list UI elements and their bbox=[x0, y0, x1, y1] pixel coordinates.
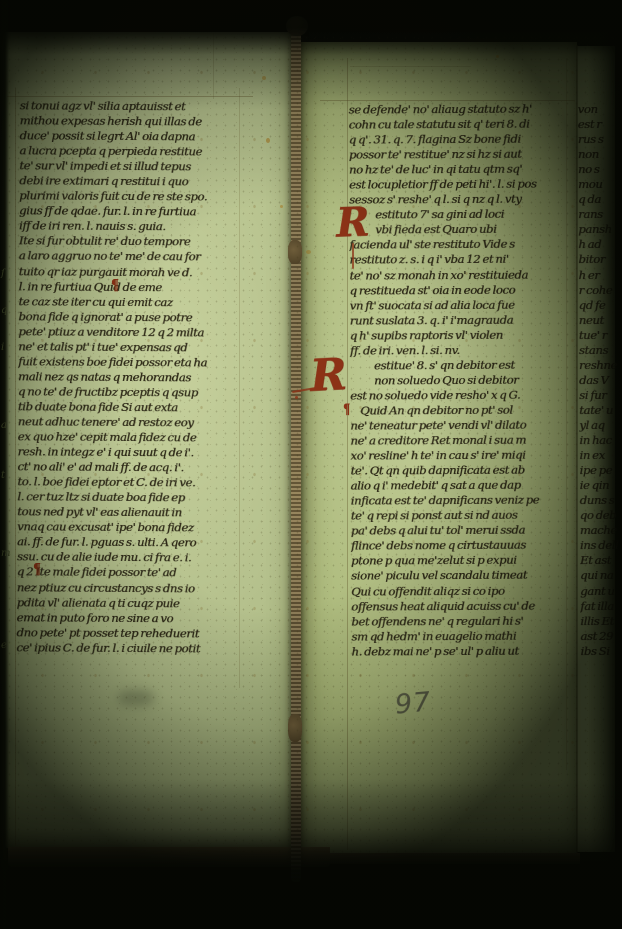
manuscript-text-line: von bbox=[578, 102, 620, 117]
manuscript-text-line: tuito qr iaz purgauit morah ve d. bbox=[19, 264, 241, 280]
manuscript-text-line: mali nez qs natas q mehorandas bbox=[18, 369, 240, 385]
manuscript-text-line: si tonui agz vl' silia aptauisst et bbox=[20, 98, 242, 114]
manuscript-text-line: ne' teneatur pete' vendi vl' dilato bbox=[350, 417, 576, 433]
manuscript-text-line: l. in re furtiua Quid de eme bbox=[19, 279, 241, 295]
manuscript-text-line: ibs Si bbox=[580, 644, 622, 659]
manuscript-text-line: neut bbox=[579, 313, 621, 328]
rubric-initial-tail-dot bbox=[295, 396, 298, 399]
right-page-text-column: se defende' no' aliaug statuto sz h'cohn… bbox=[349, 101, 578, 659]
binding-knot-icon bbox=[288, 240, 302, 264]
ruling-line-horizontal bbox=[350, 66, 470, 67]
manuscript-text-line: mache bbox=[580, 523, 622, 538]
manuscript-text-line: stans bbox=[579, 343, 621, 358]
book-block-bottom-edge-right bbox=[330, 853, 580, 864]
manuscript-text-line: ai. ff. de fur. l. pguas s. ulti. A qero bbox=[17, 535, 239, 551]
manuscript-text-line: qo deb bbox=[580, 508, 622, 523]
manuscript-text-line: est no soluedo vide resho' x q G. bbox=[350, 387, 576, 403]
manuscript-text-line: no hz te' de luc' in qi tatu qtm sq' bbox=[349, 162, 575, 178]
manuscript-text-line: te' sur vl' impedi et si illud tepus bbox=[19, 159, 241, 175]
cut-off-text-fragment: i bbox=[1, 342, 4, 353]
manuscript-text-line: te'. Qt qn quib dapnificata est ab bbox=[350, 463, 576, 479]
manuscript-text-line: te' q repi si ponst aut si nd auos bbox=[351, 508, 577, 524]
manuscript-text-line: offensus heat aliquid acuiss cu' de bbox=[351, 598, 577, 614]
manuscript-text-line: dno pete' pt posset tep reheduerit bbox=[16, 625, 238, 641]
manuscript-text-line: estitue' 8. s' qn debitor est bbox=[350, 357, 576, 373]
cut-off-text-fragment: a bbox=[1, 420, 7, 431]
manuscript-text-line: h er bbox=[578, 267, 620, 282]
manuscript-text-line: ssu. cu de alie iude mu. ci fra e. i. bbox=[17, 550, 239, 566]
manuscript-text-line: q no te' de fructibz pceptis q qsup bbox=[18, 384, 240, 400]
manuscript-text-line: xo' resline' h te' in cau s' ire' miqi bbox=[350, 447, 576, 463]
manuscript-text-line: runt suslata 3. q. i' i'magrauda bbox=[350, 312, 576, 328]
manuscript-text-line: no s bbox=[578, 162, 620, 177]
manuscript-text-line: non soluedo Quo si debitor bbox=[350, 372, 576, 388]
manuscript-text-line: vnaq cau excusat' ipe' bona fidez bbox=[17, 520, 239, 536]
manuscript-text-line: nez ptiuz cu circustancys s dns io bbox=[17, 580, 239, 596]
manuscript-text-line: possor te' restitue' nz si hz si aut bbox=[349, 147, 575, 163]
manuscript-text-line: qd fe bbox=[579, 298, 621, 313]
cut-off-text-fragment: m bbox=[1, 548, 10, 559]
cut-off-text-fragment: ſ bbox=[1, 268, 5, 279]
manuscript-text-line: q h' supibs raptoris vl' violen bbox=[350, 327, 576, 343]
manuscript-text-line: gant u bbox=[580, 583, 622, 598]
manuscript-text-line: Qui cu offendit aliqz si co ipo bbox=[351, 583, 577, 599]
manuscript-text-line: ff. de iri. ven. l. si. nv. bbox=[350, 342, 576, 358]
manuscript-text-line: ce' ipius C. de fur. l. i ciuile ne poti… bbox=[16, 640, 238, 656]
parchment-crease bbox=[213, 33, 214, 99]
manuscript-text-line: to. l. boe fidei eptor et C. de iri ve. bbox=[17, 474, 239, 490]
manuscript-text-line: ast 29 bbox=[580, 629, 622, 644]
manuscript-text-line: flince' debs nome q cirtustauuas bbox=[351, 538, 577, 554]
manuscript-text-line: pa' debs q alui tu' tol' merui ssda bbox=[351, 523, 577, 539]
manuscript-text-line: non bbox=[578, 147, 620, 162]
cut-off-text-fragment: e bbox=[1, 640, 7, 651]
photo-left-edge-shadow: ſqiatme bbox=[0, 0, 9, 929]
rubric-initial-R: R bbox=[309, 353, 348, 399]
manuscript-text-line: vbi fieda est Quaro ubi bbox=[349, 222, 575, 238]
manuscript-photo: si tonui agz vl' silia aptauisst etmitho… bbox=[0, 0, 622, 929]
manuscript-text-line: fat illa bbox=[580, 598, 622, 613]
manuscript-text-line: mou bbox=[578, 177, 620, 192]
manuscript-text-line: ins dell bbox=[580, 538, 622, 553]
manuscript-text-line: gius ff de qdae. fur. l. in re furtiua bbox=[19, 204, 241, 220]
cut-off-text-fragment: q bbox=[1, 305, 7, 316]
manuscript-text-line: te' no' sz monah in xo' restituieda bbox=[349, 267, 575, 283]
manuscript-text-line: ct' no ali' e' ad mali ff. de acq. i'. bbox=[17, 459, 239, 475]
ruling-line-vertical bbox=[347, 58, 348, 850]
manuscript-text-line: in hac bbox=[579, 433, 621, 448]
manuscript-text-line: Et ast bbox=[580, 553, 622, 568]
manuscript-text-line: restituto z. s. i q i' vba 12 et ni' bbox=[349, 252, 575, 268]
manuscript-text-line: ex quo hze' cepit mala fidez cu de bbox=[18, 429, 240, 445]
ruling-line-vertical bbox=[15, 88, 16, 846]
rubric-paraph-mark: ¶ bbox=[343, 401, 350, 417]
manuscript-text-line: vn ft' suocata si ad alia loca fue bbox=[350, 297, 576, 313]
manuscript-text-line: h ad bbox=[578, 237, 620, 252]
manuscript-text-line: Quid An qn debitor no pt' sol bbox=[350, 402, 576, 418]
manuscript-text-line: rus s bbox=[578, 132, 620, 147]
next-leaf-text-column: vonest rrus snonno smouq daranspanshh ad… bbox=[578, 102, 622, 659]
left-page-text-column: si tonui agz vl' silia aptauisst etmitho… bbox=[16, 98, 241, 656]
binding-seam bbox=[291, 26, 301, 882]
manuscript-text-line: sessoz s' reshe' q l. si q nz q l. vty bbox=[349, 192, 575, 208]
manuscript-text-line: est locupletior ff de peti hi'. l. si po… bbox=[349, 177, 575, 193]
manuscript-text-line: alio q i' medebit' q sat a que dap bbox=[351, 478, 577, 494]
manuscript-text-line: ie qin bbox=[580, 478, 622, 493]
manuscript-text-line: tous ned pyt vl' eas alienauit in bbox=[17, 505, 239, 521]
manuscript-text-line: illis Et bbox=[580, 613, 622, 628]
manuscript-text-line: tate' u bbox=[579, 403, 621, 418]
manuscript-text-line: sm qd hedm' in euagelio mathi bbox=[351, 628, 577, 644]
manuscript-text-line: se defende' no' aliaug statuto sz h' bbox=[349, 101, 575, 117]
manuscript-text-line: q da bbox=[578, 192, 620, 207]
manuscript-text-line: tue' r bbox=[579, 328, 621, 343]
book-block-bottom-edge-left bbox=[8, 847, 330, 867]
manuscript-text-line: neut adhuc tenere' ad restoz eoy bbox=[18, 414, 240, 430]
binding-knot-icon bbox=[288, 714, 302, 742]
manuscript-text-line: duce' possit si legrt Al' oia dapna bbox=[19, 128, 241, 144]
manuscript-text-line: q 2 Ite male fidei possor te' ad bbox=[17, 565, 239, 581]
manuscript-text-line: ipe pe bbox=[579, 463, 621, 478]
manuscript-text-line: tib duate bona fide Si aut exta bbox=[18, 399, 240, 415]
manuscript-text-line: facienda ul' ste restituto Vide s bbox=[349, 237, 575, 253]
ruling-line-horizontal bbox=[7, 96, 253, 97]
manuscript-text-line: pansh bbox=[578, 222, 620, 237]
manuscript-text-line: bet offendens ne' q regulari hi s' bbox=[351, 613, 577, 629]
manuscript-text-line: rans bbox=[578, 207, 620, 222]
manuscript-text-line: h. debz mai ne' p se' ul' p aliu ut bbox=[351, 643, 577, 659]
rubric-initial-R: R bbox=[335, 202, 370, 243]
manuscript-text-line: das V bbox=[579, 373, 621, 388]
rubric-paraph-mark: ¶ bbox=[111, 276, 119, 294]
manuscript-text-line: in ex bbox=[579, 448, 621, 463]
manuscript-text-line: si fur bbox=[579, 388, 621, 403]
manuscript-text-line: iff de iri ren. l. nauis s. guia. bbox=[19, 219, 241, 235]
manuscript-text-line: mithou expesas herish qui illas de bbox=[20, 113, 242, 129]
manuscript-text-line: estituto 7' sa gini ad loci bbox=[349, 207, 575, 223]
manuscript-text-line: pdita vl' alienata q ti cuqz puie bbox=[17, 595, 239, 611]
manuscript-text-line: qui na bbox=[580, 568, 622, 583]
manuscript-text-line: ptone p qua me'zelut si p expui bbox=[351, 553, 577, 569]
rubric-ink-drip bbox=[352, 243, 354, 269]
manuscript-text-line: resh. in integz e' i qui suut q de i'. bbox=[17, 444, 239, 460]
manuscript-text-line: fuit existens boe fidei possor eta ha bbox=[18, 354, 240, 370]
rubric-paraph-mark: ¶ bbox=[33, 560, 41, 578]
manuscript-text-line: ne' et talis pt' i tue' expensas qd bbox=[18, 339, 240, 355]
manuscript-text-line: emat in puto foro ne sine a vo bbox=[16, 610, 238, 626]
binding-knot-top bbox=[286, 16, 308, 36]
manuscript-text-line: debi ire extimari q restitui i quo bbox=[19, 174, 241, 190]
manuscript-text-line: pete' ptiuz a venditore 12 q 2 milta bbox=[18, 324, 240, 340]
manuscript-text-line: l. cer tuz ltz si duate boa fide ep bbox=[17, 490, 239, 506]
manuscript-text-line: q restitueda st' oia in eode loco bbox=[349, 282, 575, 298]
manuscript-text-line: est r bbox=[578, 117, 620, 132]
manuscript-text-line: q q'. 31. q. 7. flagina Sz bone fidi bbox=[349, 132, 575, 148]
manuscript-text-line: reshne bbox=[579, 358, 621, 373]
manuscript-text-line: duns s bbox=[580, 493, 622, 508]
cut-off-text-fragment: t bbox=[1, 470, 5, 481]
manuscript-text-line: r cohe bbox=[578, 282, 620, 297]
page-number: 97 bbox=[394, 686, 433, 720]
manuscript-text-line: inficata est te' dapnificans veniz pe bbox=[351, 493, 577, 509]
manuscript-text-line: a lucra pcepta q perpieda restitue bbox=[19, 143, 241, 159]
manuscript-text-line: a laro aggruo no te' me' de cau for bbox=[19, 249, 241, 265]
manuscript-text-line: cohn cu tale statutu sit q' teri 8. di bbox=[349, 116, 575, 132]
manuscript-text-line: ne' a creditore Ret monal i sua m bbox=[350, 432, 576, 448]
manuscript-text-line: bitor bbox=[578, 252, 620, 267]
manuscript-text-line: sione' piculu vel scandalu timeat bbox=[351, 568, 577, 584]
manuscript-text-line: yl aq bbox=[579, 418, 621, 433]
manuscript-text-line: bona fide q ignorat' a puse potre bbox=[18, 309, 240, 325]
manuscript-text-line: te caz ste iter cu qui emit caz bbox=[18, 294, 240, 310]
manuscript-text-line: plurimi valoris fuit cu de re ste spo. bbox=[19, 189, 241, 205]
manuscript-text-line: Ite si fur obtulit re' duo tempore bbox=[19, 234, 241, 250]
